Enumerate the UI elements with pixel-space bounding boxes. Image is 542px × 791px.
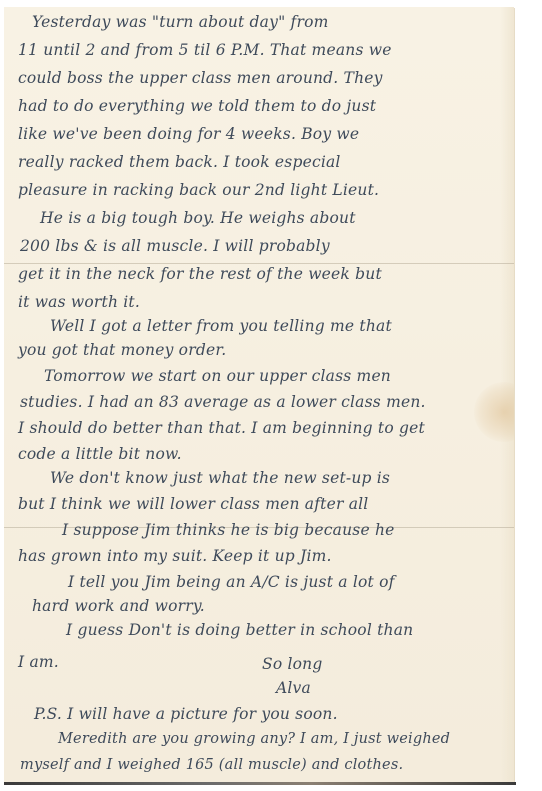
letter-line: pleasure in racking back our 2nd light L… [18,181,379,199]
letter-line: hard work and worry. [32,597,205,615]
letter-line: really racked them back. I took especial [18,153,341,171]
letter-line: 200 lbs & is all muscle. I will probably [20,237,330,255]
postscript-line: P.S. I will have a picture for you soon. [34,705,338,723]
letter-line: like we've been doing for 4 weeks. Boy w… [18,125,359,143]
fold-crease [4,263,514,264]
letter-line: has grown into my suit. Keep it up Jim. [18,547,332,565]
letter-line: He is a big tough boy. He weighs about [40,209,356,227]
paper-bottom-edge [4,782,516,785]
letter-line: Well I got a letter from you telling me … [50,317,392,335]
letter-line: I tell you Jim being an A/C is just a lo… [68,573,395,591]
water-stain [474,382,514,442]
letter-line: studies. I had an 83 average as a lower … [20,393,426,411]
closing: So long [262,655,322,673]
letter-line: you got that money order. [18,341,226,359]
letter-line: could boss the upper class men around. T… [18,69,383,87]
postscript-line: Meredith are you growing any? I am, I ju… [58,731,450,747]
letter-line: code a little bit now. [18,445,182,463]
letter-line: I am. [18,653,59,671]
letter-line: I guess Don't is doing better in school … [66,621,413,639]
postscript-line: myself and I weighed 165 (all muscle) an… [20,757,403,773]
letter-line: 11 until 2 and from 5 til 6 P.M. That me… [18,41,392,59]
letter-line: Yesterday was "turn about day" from [32,13,329,31]
letter-page: Yesterday was "turn about day" from 11 u… [4,7,514,782]
letter-line: get it in the neck for the rest of the w… [18,265,382,283]
signature: Alva [276,679,311,697]
letter-line: We don't know just what the new set-up i… [50,469,390,487]
letter-line: it was worth it. [18,293,140,311]
letter-line: I should do better than that. I am begin… [18,419,425,437]
letter-line: I suppose Jim thinks he is big because h… [62,521,395,539]
letter-line: but I think we will lower class men afte… [18,495,368,513]
letter-line: Tomorrow we start on our upper class men [44,367,391,385]
letter-line: had to do everything we told them to do … [18,97,376,115]
